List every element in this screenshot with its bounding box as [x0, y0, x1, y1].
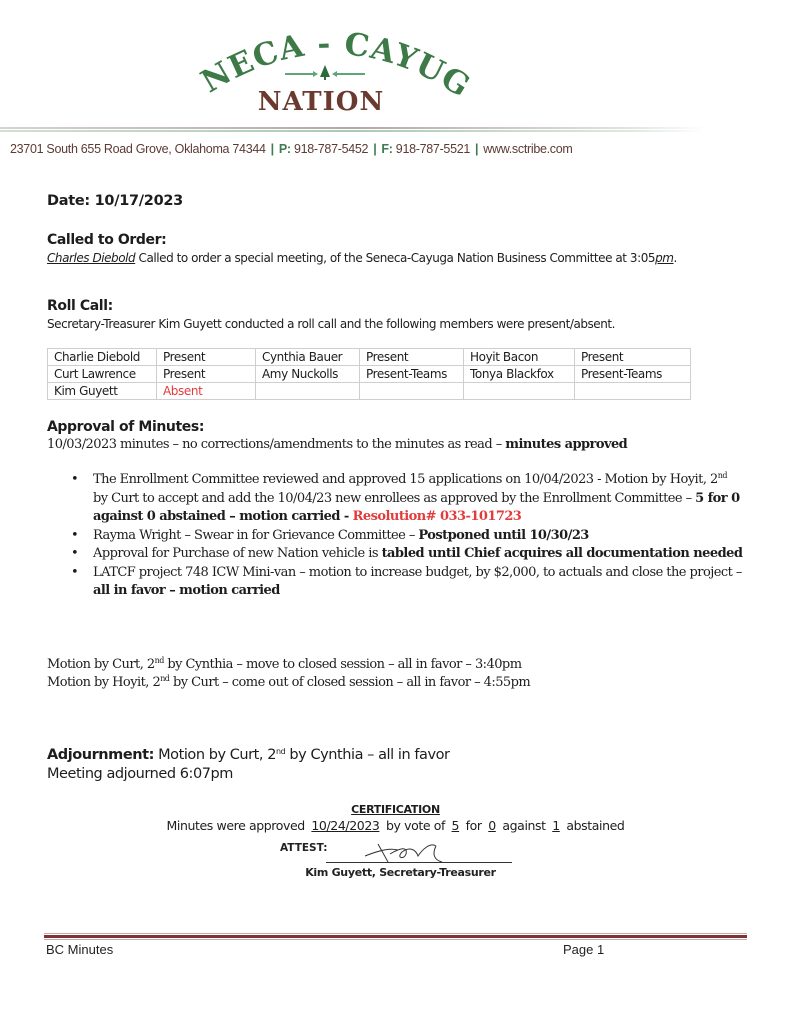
member-name	[464, 383, 575, 400]
footer-title: BC Minutes	[46, 942, 113, 957]
adjournment: Adjournment: Motion by Curt, 2nd by Cynt…	[47, 746, 450, 784]
member-name: Tonya Blackfox	[464, 366, 575, 383]
header-divider	[0, 127, 705, 133]
certification-title: CERTIFICATION	[0, 803, 791, 816]
called-to-order-heading: Called to Order:	[47, 232, 166, 248]
votes-for: 5	[449, 818, 463, 833]
list-item: Rayma Wright – Swear in for Grievance Co…	[93, 527, 743, 546]
attendance-status: Present	[360, 349, 464, 366]
member-name: Hoyit Bacon	[464, 349, 575, 366]
member-name	[256, 383, 360, 400]
member-name: Charlie Diebold	[48, 349, 157, 366]
contact-line: 23701 South 655 Road Grove, Oklahoma 743…	[10, 142, 573, 156]
member-name: Cynthia Bauer	[256, 349, 360, 366]
table-row: Curt LawrencePresentAmy NuckollsPresent-…	[48, 366, 691, 383]
list-item: The Enrollment Committee reviewed and ap…	[93, 471, 743, 527]
attendance-status: Present	[575, 349, 691, 366]
fax-number: 918-787-5521	[396, 142, 470, 156]
member-name: Amy Nuckolls	[256, 366, 360, 383]
closed-session-motions: Motion by Curt, 2nd by Cynthia – move to…	[47, 656, 530, 692]
approval-heading: Approval of Minutes:	[47, 419, 204, 435]
attendance-status: Absent	[157, 383, 256, 400]
nation-logo: SENECA - CAYUGA NATION	[180, 22, 470, 122]
votes-against: 0	[485, 818, 499, 833]
agenda-items: The Enrollment Committee reviewed and ap…	[93, 471, 743, 601]
attendance-status: Present-Teams	[575, 366, 691, 383]
page-number: Page 1	[563, 942, 604, 957]
list-item: Approval for Purchase of new Nation vehi…	[93, 545, 743, 564]
votes-abstained: 1	[549, 818, 563, 833]
approval-date: 10/24/2023	[308, 818, 382, 833]
logo-bottom-text: NATION	[258, 87, 384, 117]
tree-icon	[320, 65, 330, 77]
website-link[interactable]: www.sctribe.com	[483, 142, 572, 156]
address: 23701 South 655 Road Grove, Oklahoma 743…	[10, 142, 266, 156]
motion-line: Motion by Hoyit, 2nd by Curt – come out …	[47, 674, 530, 692]
attendance-status: Present	[157, 349, 256, 366]
member-name: Kim Guyett	[48, 383, 157, 400]
motion-line: Motion by Curt, 2nd by Cynthia – move to…	[47, 656, 530, 674]
table-row: Charlie DieboldPresentCynthia BauerPrese…	[48, 349, 691, 366]
signature-icon	[360, 840, 460, 866]
attest-label: ATTEST:	[280, 842, 327, 854]
presiding-person: Charles Diebold	[47, 251, 135, 265]
attendance-status: Present	[157, 366, 256, 383]
attendance-status	[575, 383, 691, 400]
phone-number: 918-787-5452	[294, 142, 368, 156]
roll-call-text: Secretary-Treasurer Kim Guyett conducted…	[47, 316, 727, 333]
member-name: Curt Lawrence	[48, 366, 157, 383]
certification-block: CERTIFICATION Minutes were approved 10/2…	[0, 803, 791, 833]
attendance-status	[360, 383, 464, 400]
approval-line: 10/03/2023 minutes – no corrections/amen…	[47, 437, 627, 452]
footer-divider	[44, 933, 747, 940]
table-row: Kim GuyettAbsent	[48, 383, 691, 400]
roll-call-heading: Roll Call:	[47, 298, 113, 314]
list-item: LATCF project 748 ICW Mini-van – motion …	[93, 564, 743, 601]
resolution-number: Resolution# 033-101723	[349, 509, 522, 524]
logo-graphic: SENECA - CAYUGA NATION	[180, 22, 470, 122]
meeting-date: Date: 10/17/2023	[47, 193, 183, 209]
called-to-order-text: Charles Diebold Called to order a specia…	[47, 250, 727, 267]
certification-line: Minutes were approved 10/24/2023 by vote…	[0, 818, 791, 833]
signer-name: Kim Guyett, Secretary-Treasurer	[0, 866, 791, 879]
attendance-status: Present-Teams	[360, 366, 464, 383]
roll-call-table: Charlie DieboldPresentCynthia BauerPrese…	[47, 348, 691, 400]
